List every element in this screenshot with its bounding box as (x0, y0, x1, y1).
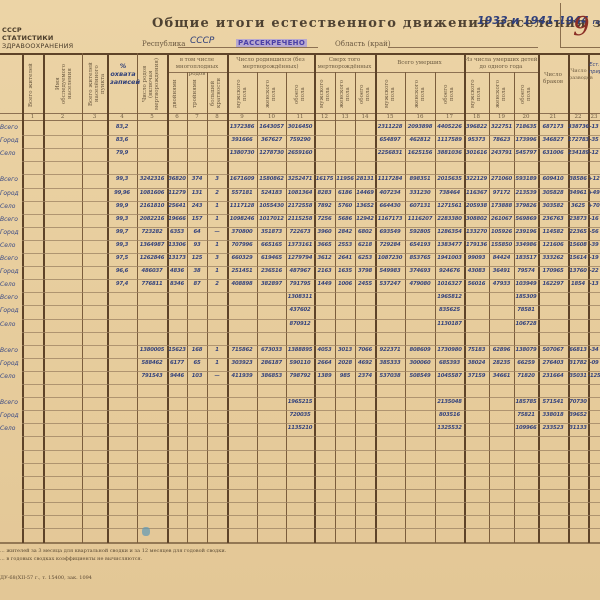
cell-col5: 2161810 (137, 203, 167, 209)
republic-value: СССР (190, 36, 214, 46)
cell-col19: 62896 (489, 347, 514, 353)
column-number: 5 (137, 114, 167, 120)
cell-col17: 1286354 (435, 229, 464, 235)
cell-col11: 1965215 (286, 399, 314, 405)
cell-col21: 687173 (538, 124, 568, 130)
cell-col16: 462812 (405, 137, 435, 143)
column-number: 17 (435, 114, 464, 120)
row-label: Село (0, 242, 15, 249)
row-divider (22, 371, 600, 372)
column-number: 8 (207, 114, 227, 120)
cell-col20: 78581 (514, 307, 538, 313)
cell-col22: 338736 (568, 124, 588, 130)
header-col6: двойнями (172, 78, 182, 110)
cell-col16: 479080 (405, 281, 435, 287)
cell-col11: 3016450 (286, 124, 314, 130)
cell-col19: 261067 (489, 216, 514, 222)
cell-col13: 3013 (335, 347, 355, 353)
cell-col9: 1380730 (227, 150, 257, 156)
cell-col11: 720035 (286, 412, 314, 418)
header-col11: обоего пола (294, 78, 306, 110)
table-top-border (0, 53, 600, 55)
header-col19: женского пола (495, 78, 507, 110)
cell-col21: 346827 (538, 137, 568, 143)
cell-col17: 1730980 (435, 347, 464, 353)
row-divider (22, 135, 600, 136)
oblast-label: Область (край) (335, 40, 391, 48)
cell-col4: 99,3 (107, 176, 137, 182)
cell-col12: 2163 (314, 268, 335, 274)
cell-col22: 22365 (568, 229, 588, 235)
cell-col10: 665165 (257, 242, 286, 248)
cell-col8: 1 (207, 268, 227, 274)
cell-col11: 2659160 (286, 150, 314, 156)
row-divider (22, 423, 600, 424)
row-divider (22, 332, 600, 333)
row-label: Всего (0, 124, 18, 131)
footnote-1: ... жителей за 3 месяца для квартальной … (0, 548, 226, 554)
header-group-deaths: Всего умерших (375, 60, 464, 67)
cell-col20: 379826 (514, 203, 538, 209)
cell-col23: -13 (588, 124, 600, 130)
cell-col14: 13652 (355, 203, 375, 209)
row-divider (22, 253, 600, 254)
cell-col8: 2 (207, 281, 227, 287)
cell-col22: 172783 (568, 137, 588, 143)
cell-col7: 87 (187, 281, 207, 287)
cell-col21: 233523 (538, 425, 568, 431)
cell-col6: 8346 (167, 281, 187, 287)
cell-col5: 723282 (137, 229, 167, 235)
cell-col20: 183517 (514, 255, 538, 261)
column-number: 13 (335, 114, 355, 120)
cell-col15: 664430 (375, 203, 405, 209)
cell-col9: 1372386 (227, 124, 257, 130)
cell-col9: 660329 (227, 255, 257, 261)
cell-col5: 486037 (137, 268, 167, 274)
cell-col17: 2283380 (435, 216, 464, 222)
cell-col21: 571541 (538, 399, 568, 405)
group-line-stillborn (314, 72, 375, 73)
cell-col20: 66259 (514, 360, 538, 366)
cell-col10: 1055430 (257, 203, 286, 209)
row-divider (22, 292, 600, 293)
cell-col17: 803516 (435, 412, 464, 418)
cell-col4: 83,6 (107, 137, 137, 143)
cell-col22: 234189 (568, 150, 588, 156)
cell-col5: 776811 (137, 281, 167, 287)
column-number: 9 (227, 114, 257, 120)
cell-col23: -125 (588, 373, 600, 379)
cell-col22: 38586 (568, 176, 588, 182)
cell-col9: 1671609 (227, 176, 257, 182)
cell-col17: 738464 (435, 190, 464, 196)
cell-col20: 213539 (514, 190, 538, 196)
cell-col18: 179136 (464, 242, 489, 248)
cell-col19: 155850 (489, 242, 514, 248)
cell-col4: 96,6 (107, 268, 137, 274)
cell-col20: 334986 (514, 242, 538, 248)
cell-col17: 1130187 (435, 321, 464, 327)
col-divider (335, 72, 336, 543)
col-divider (137, 53, 138, 543)
cell-col7: 374 (187, 176, 207, 182)
oblast-underline (388, 47, 538, 48)
row-divider (22, 463, 600, 464)
cell-col19: 173888 (489, 203, 514, 209)
cell-col16: 607131 (405, 203, 435, 209)
cell-col17: 1045587 (435, 373, 464, 379)
header-col7: тройнями (192, 78, 202, 110)
cell-col5: 1380005 (137, 347, 167, 353)
cell-col20: 109966 (514, 425, 538, 431)
cell-col20: 718635 (514, 124, 538, 130)
header-col4: % охвата записей (110, 62, 136, 86)
col-divider (314, 53, 316, 543)
row-divider (22, 397, 600, 398)
cell-col10: 1278730 (257, 150, 286, 156)
column-number: 4 (107, 114, 137, 120)
cell-col5: 791543 (137, 373, 167, 379)
row-divider (22, 148, 600, 149)
row-divider (22, 201, 600, 202)
row-label: Село (0, 425, 15, 432)
cell-col19: 36491 (489, 268, 514, 274)
column-number: 1 (22, 114, 43, 120)
header-col22: Число разводов (569, 68, 588, 82)
cell-col4: 97,5 (107, 255, 137, 261)
row-divider (22, 489, 600, 490)
cell-col4: 79,9 (107, 150, 137, 156)
row-divider (22, 345, 600, 346)
cell-col23: +70 (588, 203, 600, 209)
cell-col11: 722673 (286, 229, 314, 235)
cell-col20: 185309 (514, 294, 538, 300)
cell-col10: 367627 (257, 137, 286, 143)
cell-col12: 16175 (314, 176, 335, 182)
cell-col19: 271060 (489, 176, 514, 182)
cell-col15: 729284 (375, 242, 405, 248)
cell-col21: 305828 (538, 190, 568, 196)
cell-col23: -56 (588, 229, 600, 235)
cell-col23: -16 (588, 216, 600, 222)
cell-col22: 13760 (568, 268, 588, 274)
row-divider (22, 279, 600, 280)
header-col17: обоего пола (443, 78, 455, 110)
cell-col19: 47933 (489, 281, 514, 287)
cell-col23: +12 (588, 176, 600, 182)
cell-col15: 537038 (375, 373, 405, 379)
row-label: Всего (0, 216, 18, 223)
cell-col11: 1388895 (286, 347, 314, 353)
cell-col11: 791795 (286, 281, 314, 287)
cell-col20: 173996 (514, 137, 538, 143)
cell-col11: 3252471 (286, 176, 314, 182)
cell-col18: 301616 (464, 150, 489, 156)
cell-col18: 116367 (464, 190, 489, 196)
column-number: 22 (568, 114, 588, 120)
cell-col13: 2028 (335, 360, 355, 366)
cell-col5: 3242316 (137, 176, 167, 182)
cell-col17: 3881036 (435, 150, 464, 156)
header-col2: Имя обследуемого населения (55, 58, 71, 110)
row-label: Всего (0, 255, 18, 262)
cell-col10: 1643057 (257, 124, 286, 130)
org-line-1: СССР (2, 26, 22, 34)
cell-col17: 2015635 (435, 176, 464, 182)
cell-col18: 205938 (464, 203, 489, 209)
cell-col18: 322129 (464, 176, 489, 182)
cell-col20: 106728 (514, 321, 538, 327)
cell-col22: 15614 (568, 255, 588, 261)
cell-col15: 407234 (375, 190, 405, 196)
cell-col18: 308802 (464, 216, 489, 222)
cell-col7: 243 (187, 203, 207, 209)
cell-col5: 1081606 (137, 190, 167, 196)
cell-col13: 5760 (335, 203, 355, 209)
cell-col16: 853765 (405, 255, 435, 261)
cell-col18: 38024 (464, 360, 489, 366)
cell-col4: 99,96 (107, 190, 137, 196)
cell-col19: 322751 (489, 124, 514, 130)
cell-col12: 1449 (314, 281, 335, 287)
cell-col8: — (207, 373, 227, 379)
cell-col17: 1383477 (435, 242, 464, 248)
cell-col6: 15623 (167, 347, 187, 353)
cell-col9: 411939 (227, 373, 257, 379)
cell-col17: 1271561 (435, 203, 464, 209)
cell-col11: 1308311 (286, 294, 314, 300)
cell-col9: 303923 (227, 360, 257, 366)
cell-col18: 37159 (464, 373, 489, 379)
cell-col15: 922371 (375, 347, 405, 353)
cell-col12: 4053 (314, 347, 335, 353)
col-divider (82, 53, 83, 543)
row-label: Всего (0, 294, 18, 301)
cell-col21: 303582 (538, 203, 568, 209)
row-divider (22, 240, 600, 241)
row-divider (22, 515, 600, 516)
cell-col6: 19666 (167, 216, 187, 222)
row-label: Село (0, 321, 15, 328)
cell-col10: 1017012 (257, 216, 286, 222)
cell-col13: 2553 (335, 242, 355, 248)
group-line-deaths (375, 72, 464, 73)
row-divider (22, 436, 600, 437)
row-divider (22, 502, 600, 503)
cell-col10: 351873 (257, 229, 286, 235)
header-col18: мужского пола (470, 78, 482, 110)
column-number: 14 (355, 114, 375, 120)
cell-col16: 300060 (405, 360, 435, 366)
header-col16: женского пола (414, 78, 426, 110)
cell-col4: 99,3 (107, 216, 137, 222)
cell-col4: 97,4 (107, 281, 137, 287)
cell-col11: 2115258 (286, 216, 314, 222)
cell-col22: 1854 (568, 281, 588, 287)
footnote-2: ... в годовых сводках коэффициенты не вы… (0, 556, 142, 562)
cell-col13: 6186 (335, 190, 355, 196)
cell-col15: 1117284 (375, 176, 405, 182)
row-divider (22, 528, 600, 529)
cell-col5: 2082216 (137, 216, 167, 222)
cell-col8: 3 (207, 255, 227, 261)
cell-col14: 4692 (355, 360, 375, 366)
cell-col21: 333262 (538, 255, 568, 261)
cell-col17: 924676 (435, 268, 464, 274)
cell-col12: 7892 (314, 203, 335, 209)
header-group-multiple: в том числе многоплодных родов (167, 57, 227, 78)
column-number: 3 (82, 114, 107, 120)
cell-col16: 1116207 (405, 216, 435, 222)
cell-col15: 2256831 (375, 150, 405, 156)
cell-col8: 1 (207, 360, 227, 366)
cell-col13: 1006 (335, 281, 355, 287)
cell-col17: 1117589 (435, 137, 464, 143)
cell-col9: 391666 (227, 137, 257, 143)
cell-col5: 1364987 (137, 242, 167, 248)
cell-col19: 28235 (489, 360, 514, 366)
row-divider (22, 476, 600, 477)
col-divider (207, 72, 208, 543)
cell-col8: — (207, 229, 227, 235)
header-col14: обоего пола (359, 78, 371, 110)
cell-col22: 39652 (568, 412, 588, 418)
cell-col23: -39 (588, 242, 600, 248)
cell-col11: 437602 (286, 307, 314, 313)
cell-col7: 65 (187, 360, 207, 366)
group-line-infant (464, 72, 538, 73)
col-divider (43, 53, 45, 543)
cell-col9: 715862 (227, 347, 257, 353)
row-label: Село (0, 203, 15, 210)
cell-col7: 168 (187, 347, 207, 353)
cell-col19: 105926 (489, 229, 514, 235)
cell-col23: -09 (588, 360, 600, 366)
cell-col14: 7066 (355, 347, 375, 353)
header-col12: мужского пола (319, 78, 331, 110)
col-divider (167, 53, 169, 543)
cell-col23: +49 (588, 190, 600, 196)
cell-col16: 898351 (405, 176, 435, 182)
cell-col9: 557181 (227, 190, 257, 196)
cell-col21: 631006 (538, 150, 568, 156)
cell-col4: 83,2 (107, 124, 137, 130)
declassified-stamp: РАССЕКРЕЧЕНО (236, 39, 307, 47)
cell-col12: 2664 (314, 360, 335, 366)
header-col5: Число родов (включая мертворождения) (142, 58, 162, 110)
cell-col13: 5686 (335, 216, 355, 222)
row-label: Город (0, 190, 19, 197)
col-divider (355, 72, 356, 543)
cell-col17: 2135048 (435, 399, 464, 405)
row-divider (22, 214, 600, 215)
cell-col11: 759290 (286, 137, 314, 143)
cell-col13: 2842 (335, 229, 355, 235)
cell-col17: 1016327 (435, 281, 464, 287)
cell-col6: 11279 (167, 190, 187, 196)
cell-col5: 588462 (137, 360, 167, 366)
cell-col6: 13173 (167, 255, 187, 261)
cell-col7: 157 (187, 216, 207, 222)
cell-col19: 34661 (489, 373, 514, 379)
cell-col4: 99,3 (107, 242, 137, 248)
cell-col11: 1135210 (286, 425, 314, 431)
cell-col7: 103 (187, 373, 207, 379)
row-label: Село (0, 150, 15, 157)
cell-col21: 231664 (538, 373, 568, 379)
print-info: ДУ-68(XII-57 г., т. 15400, зак. 1094 (0, 575, 92, 581)
cell-col19: 78623 (489, 137, 514, 143)
cell-col22: 70730 (568, 399, 588, 405)
row-label: Всего (0, 176, 18, 183)
row-divider (22, 188, 600, 189)
row-label: Всего (0, 399, 18, 406)
cell-col21: 236763 (538, 216, 568, 222)
row-divider (22, 450, 600, 451)
cell-col22: 23873 (568, 216, 588, 222)
cell-col22: 3625 (568, 203, 588, 209)
cell-col15: 1167173 (375, 216, 405, 222)
cell-col10: 619465 (257, 255, 286, 261)
row-divider (22, 174, 600, 175)
cell-col11: 2172558 (286, 203, 314, 209)
row-divider (22, 410, 600, 411)
cell-col18: 95373 (464, 137, 489, 143)
cell-col22: 31133 (568, 425, 588, 431)
cell-col11: 798792 (286, 373, 314, 379)
cell-col15: 693549 (375, 229, 405, 235)
cell-col16: 508549 (405, 373, 435, 379)
cell-col18: 396822 (464, 124, 489, 130)
cell-col12: 3665 (314, 242, 335, 248)
cell-col6: 6353 (167, 229, 187, 235)
cell-col10: 386853 (257, 373, 286, 379)
cell-col7: 93 (187, 242, 207, 248)
cell-col9: 707996 (227, 242, 257, 248)
cell-col11: 870912 (286, 321, 314, 327)
header-col15: мужского пола (384, 78, 396, 110)
cell-col16: 654193 (405, 242, 435, 248)
cell-col12: 8283 (314, 190, 335, 196)
cell-col19: 243791 (489, 150, 514, 156)
group-line-born (227, 72, 314, 73)
corner-number: 9 (573, 12, 590, 42)
cell-col18: 56016 (464, 281, 489, 287)
cell-col10: 524183 (257, 190, 286, 196)
cell-col18: 75183 (464, 347, 489, 353)
cell-col6: 36820 (167, 176, 187, 182)
cell-col10: 382897 (257, 281, 286, 287)
form-sheet: СССР СТАТИСТИКИ ЗДРАВООХРАНЕНИЯ Общие ит… (0, 0, 600, 600)
org-line-2: СТАТИСТИКИ (2, 34, 54, 42)
cell-col4: 99,9 (107, 203, 137, 209)
cell-col16: 331230 (405, 190, 435, 196)
cell-col12: 3612 (314, 255, 335, 261)
republic-underline (178, 47, 318, 48)
row-label: Село (0, 281, 15, 288)
cell-col16: 1625156 (405, 150, 435, 156)
cell-col16: 2093898 (405, 124, 435, 130)
column-number: 2 (43, 114, 82, 120)
cell-col21: 114582 (538, 229, 568, 235)
cell-col18: 43083 (464, 268, 489, 274)
cell-col6: 6177 (167, 360, 187, 366)
cell-col19: 84424 (489, 255, 514, 261)
cell-col8: 2 (207, 190, 227, 196)
cell-col20: 593189 (514, 176, 538, 182)
column-number: 11 (286, 114, 314, 120)
